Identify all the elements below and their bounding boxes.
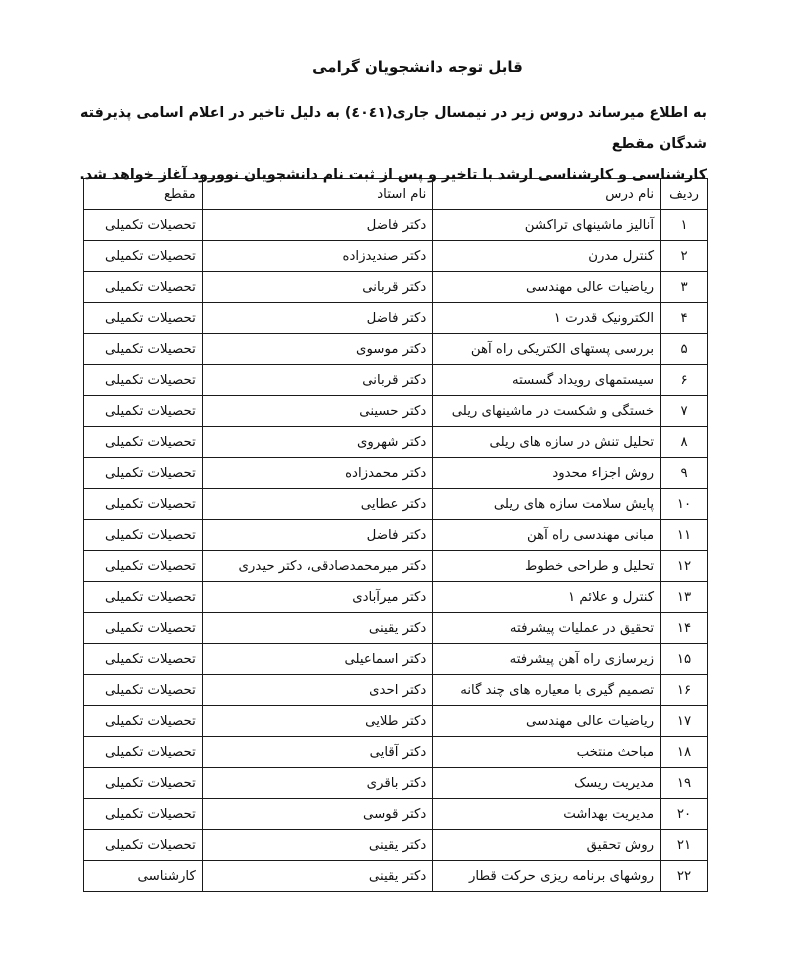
course-name-cell: ریاضیات عالی مهندسی xyxy=(433,706,661,737)
header-level: مقطع xyxy=(84,179,203,210)
teacher-name-cell: دکتر اسماعیلی xyxy=(202,644,433,675)
table-row: ۲۲روشهای برنامه ریزی حرکت قطاردکتر یقینی… xyxy=(84,861,708,892)
teacher-name-cell: دکتر قربانی xyxy=(202,365,433,396)
level-cell: تحصیلات تکمیلی xyxy=(84,489,203,520)
course-name-cell: خستگی و شکست در ماشینهای ریلی xyxy=(433,396,661,427)
table-row: ۱۶تصمیم گیری با معیاره های چند گانهدکتر … xyxy=(84,675,708,706)
teacher-name-cell: دکتر حسینی xyxy=(202,396,433,427)
table-row: ۳ریاضیات عالی مهندسیدکتر قربانیتحصیلات ت… xyxy=(84,272,708,303)
teacher-name-cell: دکتر باقری xyxy=(202,768,433,799)
row-number-cell: ۲۲ xyxy=(661,861,708,892)
course-name-cell: تحلیل تنش در سازه های ریلی xyxy=(433,427,661,458)
row-number-cell: ۲۰ xyxy=(661,799,708,830)
course-name-cell: سیستمهای رویداد گسسته xyxy=(433,365,661,396)
course-name-cell: تحلیل و طراحی خطوط xyxy=(433,551,661,582)
course-name-cell: زیرسازی راه آهن پیشرفته xyxy=(433,644,661,675)
level-cell: کارشناسی xyxy=(84,861,203,892)
row-number-cell: ۶ xyxy=(661,365,708,396)
table-header-row: ردیف نام درس نام استاد مقطع xyxy=(84,179,708,210)
table-row: ۱۱مبانی مهندسی راه آهندکتر فاضلتحصیلات ت… xyxy=(84,520,708,551)
table-row: ۹روش اجزاء محدوددکتر محمدزادهتحصیلات تکم… xyxy=(84,458,708,489)
row-number-cell: ۱۴ xyxy=(661,613,708,644)
teacher-name-cell: دکتر قوسی xyxy=(202,799,433,830)
level-cell: تحصیلات تکمیلی xyxy=(84,303,203,334)
table-row: ۲۰مدیریت بهداشتدکتر قوسیتحصیلات تکمیلی xyxy=(84,799,708,830)
table-row: ۱۷ریاضیات عالی مهندسیدکتر طلاییتحصیلات ت… xyxy=(84,706,708,737)
course-name-cell: تصمیم گیری با معیاره های چند گانه xyxy=(433,675,661,706)
row-number-cell: ۵ xyxy=(661,334,708,365)
teacher-name-cell: دکتر میرمحمدصادقی، دکتر حیدری xyxy=(202,551,433,582)
table-row: ۴الکترونیک قدرت ۱دکتر فاضلتحصیلات تکمیلی xyxy=(84,303,708,334)
teacher-name-cell: دکتر یقینی xyxy=(202,861,433,892)
announcement-line-1: به اطلاع میرساند دروس زیر در نیمسال جاری… xyxy=(47,98,707,160)
table-row: ۱۸مباحث منتخبدکتر آقاییتحصیلات تکمیلی xyxy=(84,737,708,768)
row-number-cell: ۱۶ xyxy=(661,675,708,706)
course-name-cell: پایش سلامت سازه های ریلی xyxy=(433,489,661,520)
level-cell: تحصیلات تکمیلی xyxy=(84,427,203,458)
course-name-cell: مدیریت بهداشت xyxy=(433,799,661,830)
course-name-cell: مباحث منتخب xyxy=(433,737,661,768)
table-row: ۱۴تحقیق در عملیات پیشرفتهدکتر یقینیتحصیل… xyxy=(84,613,708,644)
table-row: ۷خستگی و شکست در ماشینهای ریلیدکتر حسینی… xyxy=(84,396,708,427)
teacher-name-cell: دکتر یقینی xyxy=(202,613,433,644)
row-number-cell: ۹ xyxy=(661,458,708,489)
teacher-name-cell: دکتر فاضل xyxy=(202,520,433,551)
level-cell: تحصیلات تکمیلی xyxy=(84,706,203,737)
course-name-cell: روشهای برنامه ریزی حرکت قطار xyxy=(433,861,661,892)
row-number-cell: ۳ xyxy=(661,272,708,303)
table-row: ۱۳کنترل و علائم ۱دکتر میرآبادیتحصیلات تک… xyxy=(84,582,708,613)
table-row: ۸تحلیل تنش در سازه های ریلیدکتر شهرویتحص… xyxy=(84,427,708,458)
level-cell: تحصیلات تکمیلی xyxy=(84,737,203,768)
table-row: ۲کنترل مدرندکتر صندیدزادهتحصیلات تکمیلی xyxy=(84,241,708,272)
table-row: ۱۵زیرسازی راه آهن پیشرفتهدکتر اسماعیلیتح… xyxy=(84,644,708,675)
course-name-cell: روش اجزاء محدود xyxy=(433,458,661,489)
level-cell: تحصیلات تکمیلی xyxy=(84,830,203,861)
level-cell: تحصیلات تکمیلی xyxy=(84,644,203,675)
row-number-cell: ۱۳ xyxy=(661,582,708,613)
level-cell: تحصیلات تکمیلی xyxy=(84,365,203,396)
row-number-cell: ۸ xyxy=(661,427,708,458)
table-row: ۵بررسی پستهای الکتریکی راه آهندکتر موسوی… xyxy=(84,334,708,365)
course-name-cell: تحقیق در عملیات پیشرفته xyxy=(433,613,661,644)
row-number-cell: ۱۵ xyxy=(661,644,708,675)
row-number-cell: ۱۰ xyxy=(661,489,708,520)
row-number-cell: ۱۹ xyxy=(661,768,708,799)
row-number-cell: ۱۸ xyxy=(661,737,708,768)
teacher-name-cell: دکتر موسوی xyxy=(202,334,433,365)
level-cell: تحصیلات تکمیلی xyxy=(84,458,203,489)
teacher-name-cell: دکتر صندیدزاده xyxy=(202,241,433,272)
row-number-cell: ۲ xyxy=(661,241,708,272)
table-row: ۶سیستمهای رویداد گسستهدکتر قربانیتحصیلات… xyxy=(84,365,708,396)
table-row: ۱۲تحلیل و طراحی خطوطدکتر میرمحمدصادقی، د… xyxy=(84,551,708,582)
teacher-name-cell: دکتر فاضل xyxy=(202,210,433,241)
row-number-cell: ۱۱ xyxy=(661,520,708,551)
course-name-cell: کنترل و علائم ۱ xyxy=(433,582,661,613)
course-name-cell: کنترل مدرن xyxy=(433,241,661,272)
row-number-cell: ۱۲ xyxy=(661,551,708,582)
table-row: ۱آنالیز ماشینهای تراکشندکتر فاضلتحصیلات … xyxy=(84,210,708,241)
level-cell: تحصیلات تکمیلی xyxy=(84,613,203,644)
teacher-name-cell: دکتر یقینی xyxy=(202,830,433,861)
level-cell: تحصیلات تکمیلی xyxy=(84,334,203,365)
row-number-cell: ۱ xyxy=(661,210,708,241)
teacher-name-cell: دکتر عطایی xyxy=(202,489,433,520)
courses-table: ردیف نام درس نام استاد مقطع ۱آنالیز ماشی… xyxy=(83,178,708,892)
header-teacher-name: نام استاد xyxy=(202,179,433,210)
level-cell: تحصیلات تکمیلی xyxy=(84,272,203,303)
course-name-cell: آنالیز ماشینهای تراکشن xyxy=(433,210,661,241)
course-name-cell: بررسی پستهای الکتریکی راه آهن xyxy=(433,334,661,365)
header-course-name: نام درس xyxy=(433,179,661,210)
teacher-name-cell: دکتر فاضل xyxy=(202,303,433,334)
teacher-name-cell: دکتر میرآبادی xyxy=(202,582,433,613)
level-cell: تحصیلات تکمیلی xyxy=(84,799,203,830)
level-cell: تحصیلات تکمیلی xyxy=(84,582,203,613)
teacher-name-cell: دکتر شهروی xyxy=(202,427,433,458)
document-title: قابل توجه دانشجویان گرامی xyxy=(0,58,795,76)
teacher-name-cell: دکتر طلایی xyxy=(202,706,433,737)
table-row: ۱۰پایش سلامت سازه های ریلیدکتر عطاییتحصی… xyxy=(84,489,708,520)
row-number-cell: ۱۷ xyxy=(661,706,708,737)
level-cell: تحصیلات تکمیلی xyxy=(84,768,203,799)
table-body: ۱آنالیز ماشینهای تراکشندکتر فاضلتحصیلات … xyxy=(84,210,708,892)
teacher-name-cell: دکتر محمدزاده xyxy=(202,458,433,489)
header-row-number: ردیف xyxy=(661,179,708,210)
course-name-cell: ریاضیات عالی مهندسی xyxy=(433,272,661,303)
course-name-cell: روش تحقیق xyxy=(433,830,661,861)
course-name-cell: مبانی مهندسی راه آهن xyxy=(433,520,661,551)
level-cell: تحصیلات تکمیلی xyxy=(84,241,203,272)
course-name-cell: الکترونیک قدرت ۱ xyxy=(433,303,661,334)
level-cell: تحصیلات تکمیلی xyxy=(84,396,203,427)
level-cell: تحصیلات تکمیلی xyxy=(84,551,203,582)
table-row: ۱۹مدیریت ریسکدکتر باقریتحصیلات تکمیلی xyxy=(84,768,708,799)
level-cell: تحصیلات تکمیلی xyxy=(84,210,203,241)
row-number-cell: ۷ xyxy=(661,396,708,427)
teacher-name-cell: دکتر احدی xyxy=(202,675,433,706)
teacher-name-cell: دکتر قربانی xyxy=(202,272,433,303)
level-cell: تحصیلات تکمیلی xyxy=(84,675,203,706)
level-cell: تحصیلات تکمیلی xyxy=(84,520,203,551)
row-number-cell: ۴ xyxy=(661,303,708,334)
course-name-cell: مدیریت ریسک xyxy=(433,768,661,799)
table-row: ۲۱روش تحقیقدکتر یقینیتحصیلات تکمیلی xyxy=(84,830,708,861)
row-number-cell: ۲۱ xyxy=(661,830,708,861)
document-title-text: قابل توجه دانشجویان گرامی xyxy=(312,58,523,76)
teacher-name-cell: دکتر آقایی xyxy=(202,737,433,768)
